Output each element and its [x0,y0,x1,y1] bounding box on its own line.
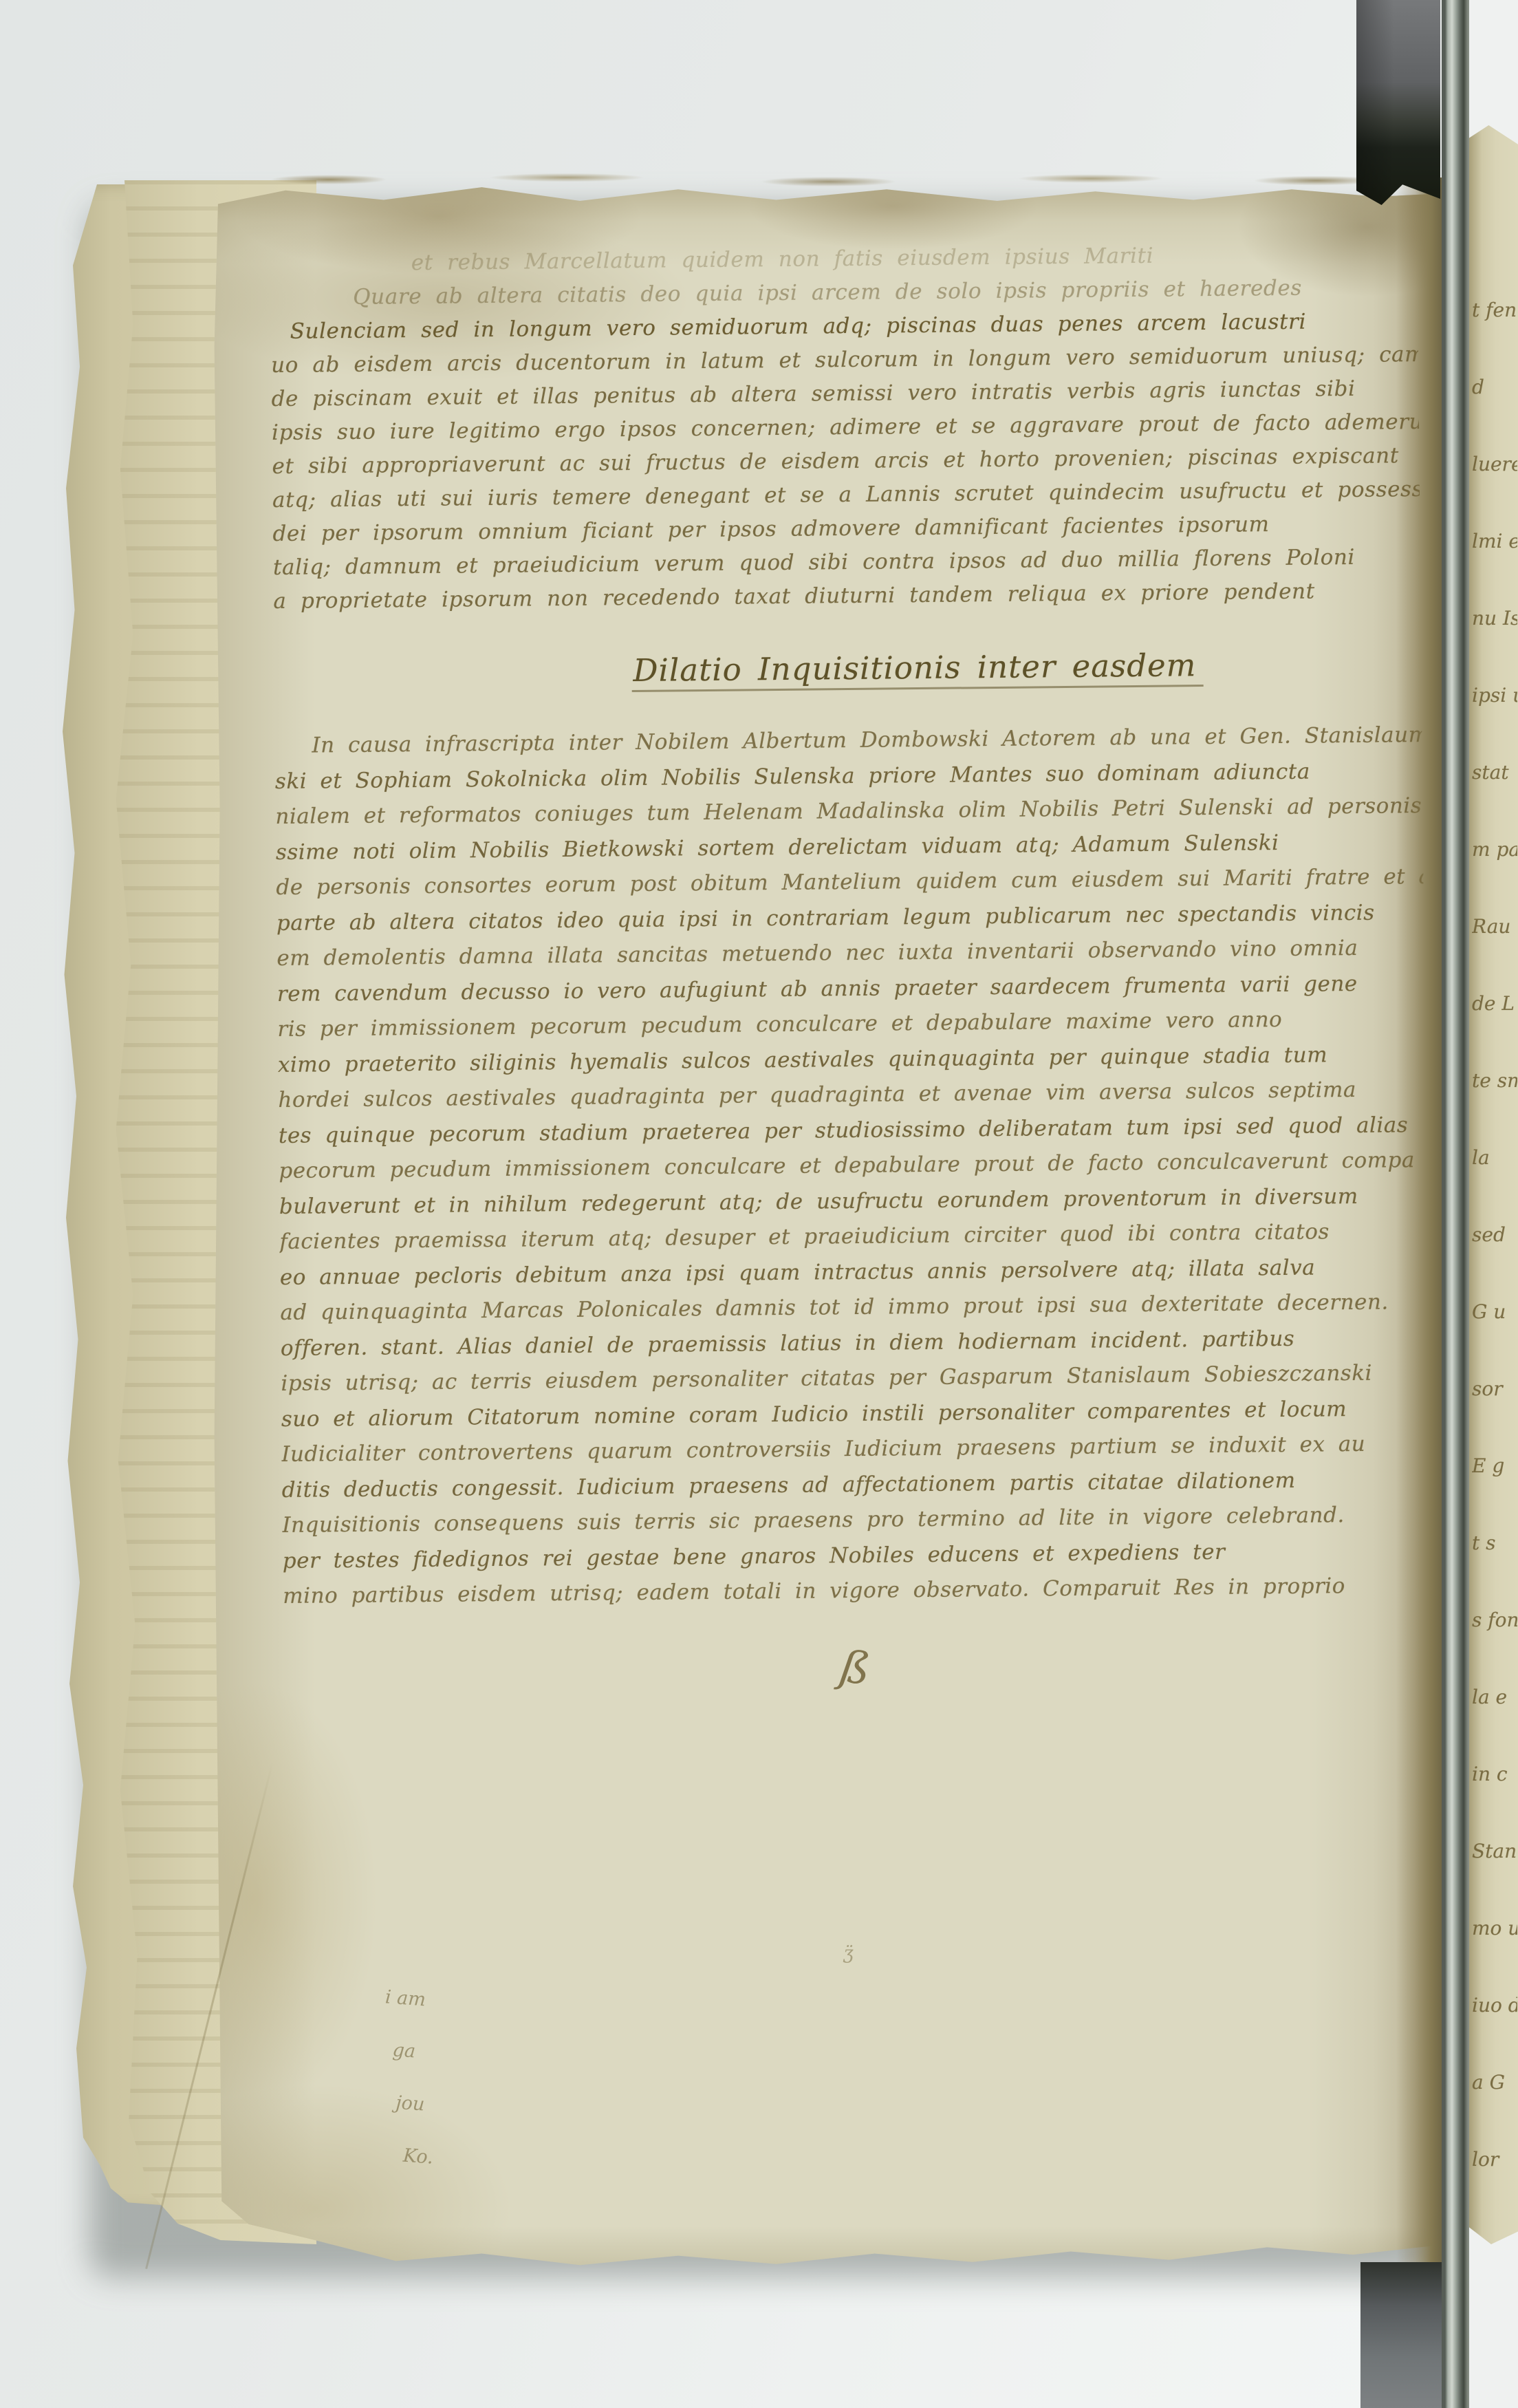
text-line: ipsi ut [1472,657,1517,734]
text-line: mo u [1472,1890,1517,1967]
paragraph-two: In causa infrascripta inter Nobilem Albe… [274,718,1430,1614]
text-line: nu Is [1472,580,1517,657]
section-heading: Dilatio Inquisitionis inter easdem [631,647,1203,692]
text-line: G u [1472,1273,1517,1351]
text-line: sed [1472,1196,1517,1273]
text-line: lor [1472,2121,1517,2198]
text-line: jou [394,2077,439,2132]
manuscript-photo: { "document": { "kind": "early-modern La… [0,0,1518,2408]
text-line: in c [1472,1736,1517,1813]
text-line: Rau [1472,888,1517,965]
text-line: ga [391,2024,442,2080]
text-line: t s [1472,1505,1517,1582]
small-margin-mark: ʒ̈ [843,1943,854,1964]
glass-plate-rod [1442,0,1469,2408]
text-line: m pare [1472,811,1517,888]
text-line: d [1472,349,1517,426]
text-line: a G [1472,2044,1517,2121]
text-line: Ko. [401,2130,435,2184]
text-line: luere [1472,426,1517,503]
text-line: stat [1472,734,1517,811]
text-line: E g [1472,1428,1517,1505]
text-line: i am [383,1971,446,2028]
text-line: de L [1472,965,1517,1042]
text-line: la [1472,1119,1517,1196]
book-cradle-strap-top [1356,0,1440,205]
text-line: la e [1472,1659,1517,1736]
text-line: Stano [1472,1813,1517,1890]
manuscript-text-block: et rebus Marcellatum quidem non fatis ei… [270,237,1431,1614]
gutter-shadow [1396,178,1443,2277]
book-cradle-strap-bottom [1360,2262,1442,2408]
paragraph-one: et rebus Marcellatum quidem non fatis ei… [270,237,1421,619]
heading-row: Dilatio Inquisitionis inter easdem [631,645,1422,692]
text-line: te sm [1472,1042,1517,1119]
text-line: iuo de [1472,1967,1517,2044]
text-line: s fon [1472,1582,1517,1659]
text-line: lmi e [1472,503,1517,580]
text-line: t fenle [1472,272,1517,349]
text-line: sor [1472,1351,1517,1428]
page-top-edge-debris [210,169,1400,190]
facing-page-text: t fenledluerelmi enu Isipsi utstatm pare… [1472,272,1517,2212]
